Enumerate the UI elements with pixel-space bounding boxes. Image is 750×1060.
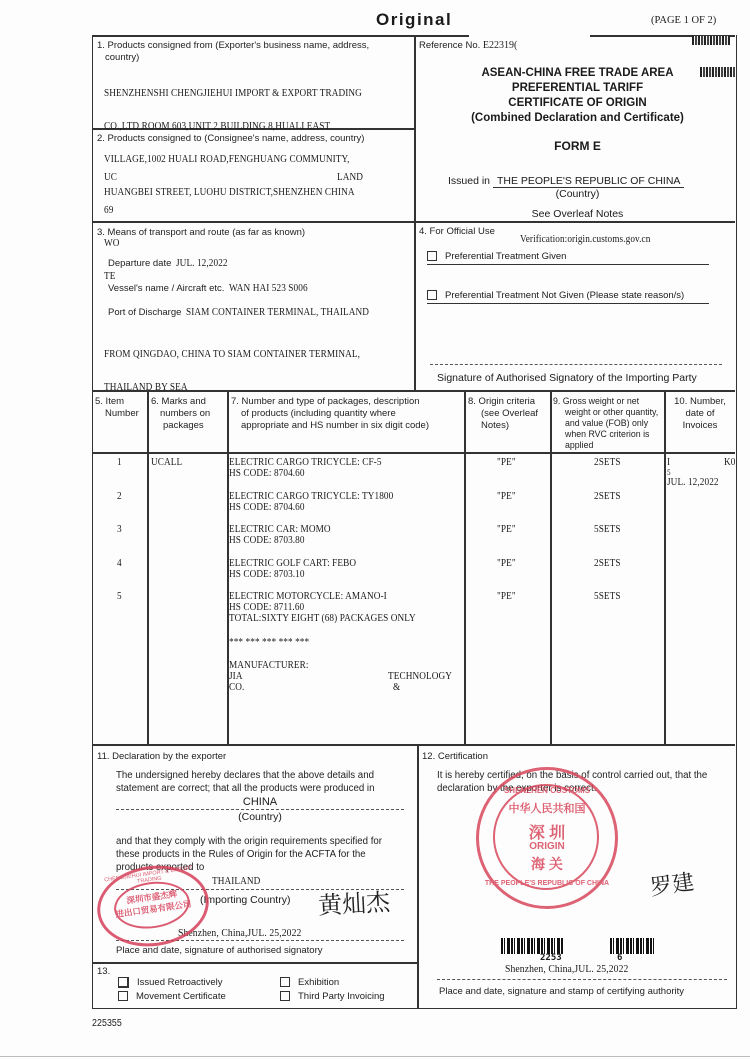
vessel-name: Vessel's name / Aircraft etc. WAN HAI 52…	[108, 278, 318, 296]
certifier-signature: 罗建	[648, 865, 696, 902]
description-line: ELECTRIC CARGO TRICYCLE: CF-5	[229, 457, 382, 468]
checkbox-icon[interactable]	[280, 977, 290, 987]
route-line: FROM QINGDAO, CHINA TO SIAM CONTAINER TE…	[104, 349, 360, 360]
col-divider-10	[664, 390, 666, 744]
form-name: FORM E	[420, 139, 735, 154]
box4-label: 4. For Official Use	[419, 226, 495, 238]
stamp-origin: ORIGIN	[479, 841, 615, 852]
country-caption: (Country)	[116, 811, 404, 823]
col-divider-6	[147, 390, 149, 744]
document-serial: 225355	[92, 1018, 122, 1029]
col9-header-line: when RVC criterion is	[553, 429, 658, 440]
divider-box11-box13	[92, 962, 418, 964]
divider-table-box11	[92, 744, 735, 746]
option1-label: Preferential Treatment Given	[445, 251, 566, 262]
page-indicator: (PAGE 1 OF 2)	[651, 15, 716, 26]
country-line	[116, 809, 404, 810]
divider-vertical-bottom	[417, 744, 419, 1008]
exporter-signature: 黄灿杰	[317, 882, 391, 921]
stamp-cn-top: 中华人民共和国	[479, 800, 615, 816]
certifier-place-date: Shenzhen, China,JUL. 25,2022	[505, 964, 628, 975]
marks-value: UCALL	[151, 457, 182, 468]
form-title: ASEAN-CHINA FREE TRADE AREA PREFERENTIAL…	[420, 66, 735, 126]
col10-header-line: 10. Number,	[669, 396, 731, 408]
port-label: Port of Discharge	[108, 307, 181, 318]
checkbox-icon[interactable]	[280, 991, 290, 1001]
consignee-address: UC 69 WO TE	[104, 150, 120, 293]
col9-header: 9. Gross weight or net weight or other q…	[553, 396, 658, 451]
form-title-line4: (Combined Declaration and Certificate)	[420, 111, 735, 126]
form-title-line2: PREFERENTIAL TARIFF	[420, 81, 735, 96]
col10-header: 10. Number, date of Invoices	[669, 396, 731, 432]
description-line: HS CODE: 8703.10	[229, 569, 356, 580]
issued-country-caption: (Country)	[420, 188, 735, 200]
stamp-top-text: SHENZHEN CUSTOMS	[479, 786, 615, 795]
product-description: ELECTRIC CARGO TRICYCLE: TY1800HS CODE: …	[229, 491, 393, 513]
col-divider-8	[464, 390, 466, 744]
option-preferential-not-given[interactable]: Preferential Treatment Not Given (Please…	[427, 290, 709, 304]
consignee-country: LAND	[337, 172, 363, 183]
issued-in-value: THE PEOPLE'S REPUBLIC OF CHINA	[493, 175, 684, 188]
description-line: ELECTRIC GOLF CART: FEBO	[229, 558, 356, 569]
declaration-line: statement are correct; that all the prod…	[116, 782, 374, 795]
qr-code-icon	[700, 67, 735, 77]
col5-header-line: 5. Item	[95, 396, 139, 408]
col9-header-line: and value (FOB) only	[553, 418, 658, 429]
divider-vertical-top	[414, 35, 416, 390]
port-of-discharge: Port of Discharge SIAM CONTAINER TERMINA…	[108, 302, 394, 320]
box13-option-label: Exhibition	[298, 977, 339, 988]
checked-box-icon[interactable]	[118, 977, 129, 988]
col8-header-line: 8. Origin criteria	[468, 396, 538, 408]
reference-value: E22319(	[483, 40, 517, 51]
declaration-line: these products in the Rules of Origin fo…	[116, 848, 382, 861]
origin-criteria: "PE"	[497, 457, 516, 468]
col6-header-line: numbers on	[151, 408, 210, 420]
route-line: THAILAND BY SEA	[104, 382, 360, 393]
checkbox-icon[interactable]	[427, 290, 437, 300]
declaration-text: The undersigned hereby declares that the…	[116, 769, 374, 795]
item-number: 2	[117, 491, 122, 502]
consignee-line: WO	[104, 238, 120, 249]
manufacturer-line2a: CO.	[229, 682, 244, 693]
exporter-line: HUANGBEI STREET, LUOHU DISTRICT,SHENZHEN…	[104, 187, 362, 198]
description-line: ELECTRIC MOTORCYCLE: AMANO-I	[229, 591, 416, 602]
origin-country: CHINA	[116, 796, 404, 808]
col6-header-line: 6. Marks and	[151, 396, 210, 408]
col10-header-line: Invoices	[669, 420, 731, 432]
product-description: ELECTRIC MOTORCYCLE: AMANO-IHS CODE: 871…	[229, 591, 416, 624]
col9-header-line: weight or other quantity,	[553, 407, 658, 418]
customs-origin-stamp: SHENZHEN CUSTOMS 中华人民共和国 深 圳 ORIGIN 海 关 …	[476, 767, 618, 909]
quantity: 5SETS	[594, 591, 621, 602]
col8-header-line: Notes)	[468, 420, 538, 432]
box13-option-label: Issued Retroactively	[137, 977, 223, 988]
issued-in-label: Issued in	[448, 175, 490, 187]
option-preferential-given[interactable]: Preferential Treatment Given	[427, 251, 709, 265]
item-number: 5	[117, 591, 122, 602]
departure-value: JUL. 12,2022	[176, 258, 228, 269]
box1-label-line2: country)	[97, 52, 369, 64]
origin-criteria: "PE"	[497, 524, 516, 535]
exporter-line: CO.,LTD ROOM 603,UNIT 2,BUILDING 8,HUALI…	[104, 121, 362, 132]
vessel-value: WAN HAI 523 S006	[229, 283, 308, 294]
col6-header-line: packages	[151, 420, 210, 432]
item-number: 4	[117, 558, 122, 569]
importing-country: THAILAND	[212, 876, 260, 887]
box3-label: 3. Means of transport and route (as far …	[97, 227, 305, 239]
barcode-icon	[610, 938, 655, 954]
box1-label-line1: 1. Products consigned from (Exporter's b…	[97, 40, 369, 52]
divider-table-header	[92, 452, 735, 454]
box2-label: 2. Products consigned to (Consignee's na…	[97, 133, 364, 145]
description-line: HS CODE: 8704.60	[229, 468, 382, 479]
col7-header-line: of products (including quantity where	[231, 408, 429, 420]
vessel-label: Vessel's name / Aircraft etc.	[108, 283, 224, 294]
col9-header-line: applied	[553, 440, 658, 451]
quantity: 2SETS	[594, 457, 621, 468]
checkbox-icon[interactable]	[427, 251, 437, 261]
exporter-line: VILLAGE,1002 HUALI ROAD,FENGHUANG COMMUN…	[104, 154, 362, 165]
product-description: ELECTRIC CARGO TRICYCLE: CF-5HS CODE: 87…	[229, 457, 382, 479]
manufacturer-line1b: TECHNOLOGY	[388, 671, 452, 682]
port-value: SIAM CONTAINER TERMINAL, THAILAND	[186, 307, 369, 318]
stamp-cn-mid: 深 圳	[479, 820, 615, 843]
col8-header-line: (see Overleaf	[468, 408, 538, 420]
col-divider-9	[550, 390, 552, 744]
importing-caption: (Importing Country)	[200, 894, 290, 906]
box13-option[interactable]: Exhibition	[280, 977, 339, 989]
box13-option[interactable]: Issued Retroactively	[118, 977, 223, 989]
barcode-number-2: 6	[617, 953, 622, 963]
origin-criteria: "PE"	[497, 591, 516, 602]
origin-criteria: "PE"	[497, 491, 516, 502]
verification-url: Verification:origin.customs.gov.cn	[520, 234, 650, 245]
col8-header: 8. Origin criteria (see Overleaf Notes)	[468, 396, 538, 432]
product-description: ELECTRIC GOLF CART: FEBOHS CODE: 8703.10	[229, 558, 356, 580]
description-line: HS CODE: 8703.80	[229, 535, 331, 546]
checkbox-icon[interactable]	[118, 991, 128, 1001]
route: FROM QINGDAO, CHINA TO SIAM CONTAINER TE…	[104, 327, 360, 404]
col9-header-line: 9. Gross weight or net	[553, 396, 658, 407]
consignee-line: 69	[104, 205, 120, 216]
box1-label: 1. Products consigned from (Exporter's b…	[97, 40, 369, 64]
description-line: ELECTRIC CARGO TRICYCLE: TY1800	[229, 491, 393, 502]
product-description: ELECTRIC CAR: MOMOHS CODE: 8703.80	[229, 524, 331, 546]
manufacturer-line1a: JIA	[229, 671, 243, 682]
overleaf-notes: See Overleaf Notes	[420, 208, 735, 220]
box12-label: 12. Certification	[422, 751, 488, 763]
description-line: TOTAL:SIXTY EIGHT (68) PACKAGES ONLY	[229, 613, 416, 624]
reference-no: Reference No. E22319(	[419, 40, 517, 52]
quantity: 5SETS	[594, 524, 621, 535]
departure-date: Departure date JUL. 12,2022	[108, 253, 235, 271]
box13-option-label: Third Party Invoicing	[298, 991, 385, 1002]
exporter-place-caption: Place and date, signature of authorised …	[116, 945, 323, 957]
col6-header: 6. Marks and numbers on packages	[151, 396, 210, 432]
exporter-line: SHENZHENSHI CHENGJIEHUI IMPORT & EXPORT …	[104, 88, 362, 99]
page-edge	[0, 1056, 750, 1057]
issued-in: Issued in THE PEOPLE'S REPUBLIC OF CHINA	[448, 175, 684, 188]
form-title-line3: CERTIFICATE OF ORIGIN	[420, 96, 735, 111]
reference-label: Reference No.	[419, 40, 480, 51]
invoice-date: JUL. 12,2022	[667, 477, 719, 488]
description-line: HS CODE: 8704.60	[229, 502, 393, 513]
departure-label: Departure date	[108, 258, 171, 269]
col7-header-line: 7. Number and type of packages, descript…	[231, 396, 429, 408]
invoice-line1b: K0	[724, 457, 735, 468]
declaration-line: The undersigned hereby declares that the…	[116, 769, 374, 782]
manufacturer-line2b: &	[393, 682, 400, 693]
certifier-line	[437, 979, 727, 980]
col7-header-line: appropriate and HS number in six digit c…	[231, 420, 429, 432]
quantity: 2SETS	[594, 491, 621, 502]
manufacturer-label: MANUFACTURER:	[229, 660, 309, 671]
box13-option[interactable]: Movement Certificate	[118, 991, 226, 1003]
box11-label: 11. Declaration by the exporter	[97, 751, 226, 763]
col5-header-line: Number	[95, 408, 139, 420]
form-title-line1: ASEAN-CHINA FREE TRADE AREA	[420, 66, 735, 81]
origin-criteria: "PE"	[497, 558, 516, 569]
document-title: Original	[376, 10, 452, 30]
consignee-line: UC	[104, 172, 120, 183]
item-number: 1	[117, 457, 122, 468]
description-line: ELECTRIC CAR: MOMO	[229, 524, 331, 535]
barcode-number-1: 2253	[540, 953, 562, 963]
quantity: 2SETS	[594, 558, 621, 569]
signature-line	[430, 364, 722, 365]
col5-header: 5. Item Number	[95, 396, 139, 420]
exporter-place-date: Shenzhen, China,JUL. 25,2022	[178, 928, 301, 939]
box13-option[interactable]: Third Party Invoicing	[280, 991, 385, 1003]
col10-header-line: date of	[669, 408, 731, 420]
importing-signature-caption: Signature of Authorised Signatory of the…	[437, 372, 697, 384]
barcode-icon	[501, 938, 563, 954]
description-line: HS CODE: 8711.60	[229, 602, 416, 613]
stamp-bottom-text: THE PEOPLE'S REPUBLIC OF CHINA	[479, 880, 615, 887]
col7-header: 7. Number and type of packages, descript…	[231, 396, 429, 432]
stamp-cn-bottom: 海 关	[479, 854, 615, 874]
box13-label: 13.	[97, 966, 110, 978]
option2-label: Preferential Treatment Not Given (Please…	[445, 290, 684, 301]
item-number: 3	[117, 524, 122, 535]
box13-option-label: Movement Certificate	[136, 991, 226, 1002]
stars-terminator: *** *** *** *** ***	[229, 637, 309, 648]
divider-box2-box3	[92, 221, 735, 223]
declaration-line: and that they comply with the origin req…	[116, 835, 382, 848]
certifier-place-caption: Place and date, signature and stamp of c…	[439, 986, 684, 998]
